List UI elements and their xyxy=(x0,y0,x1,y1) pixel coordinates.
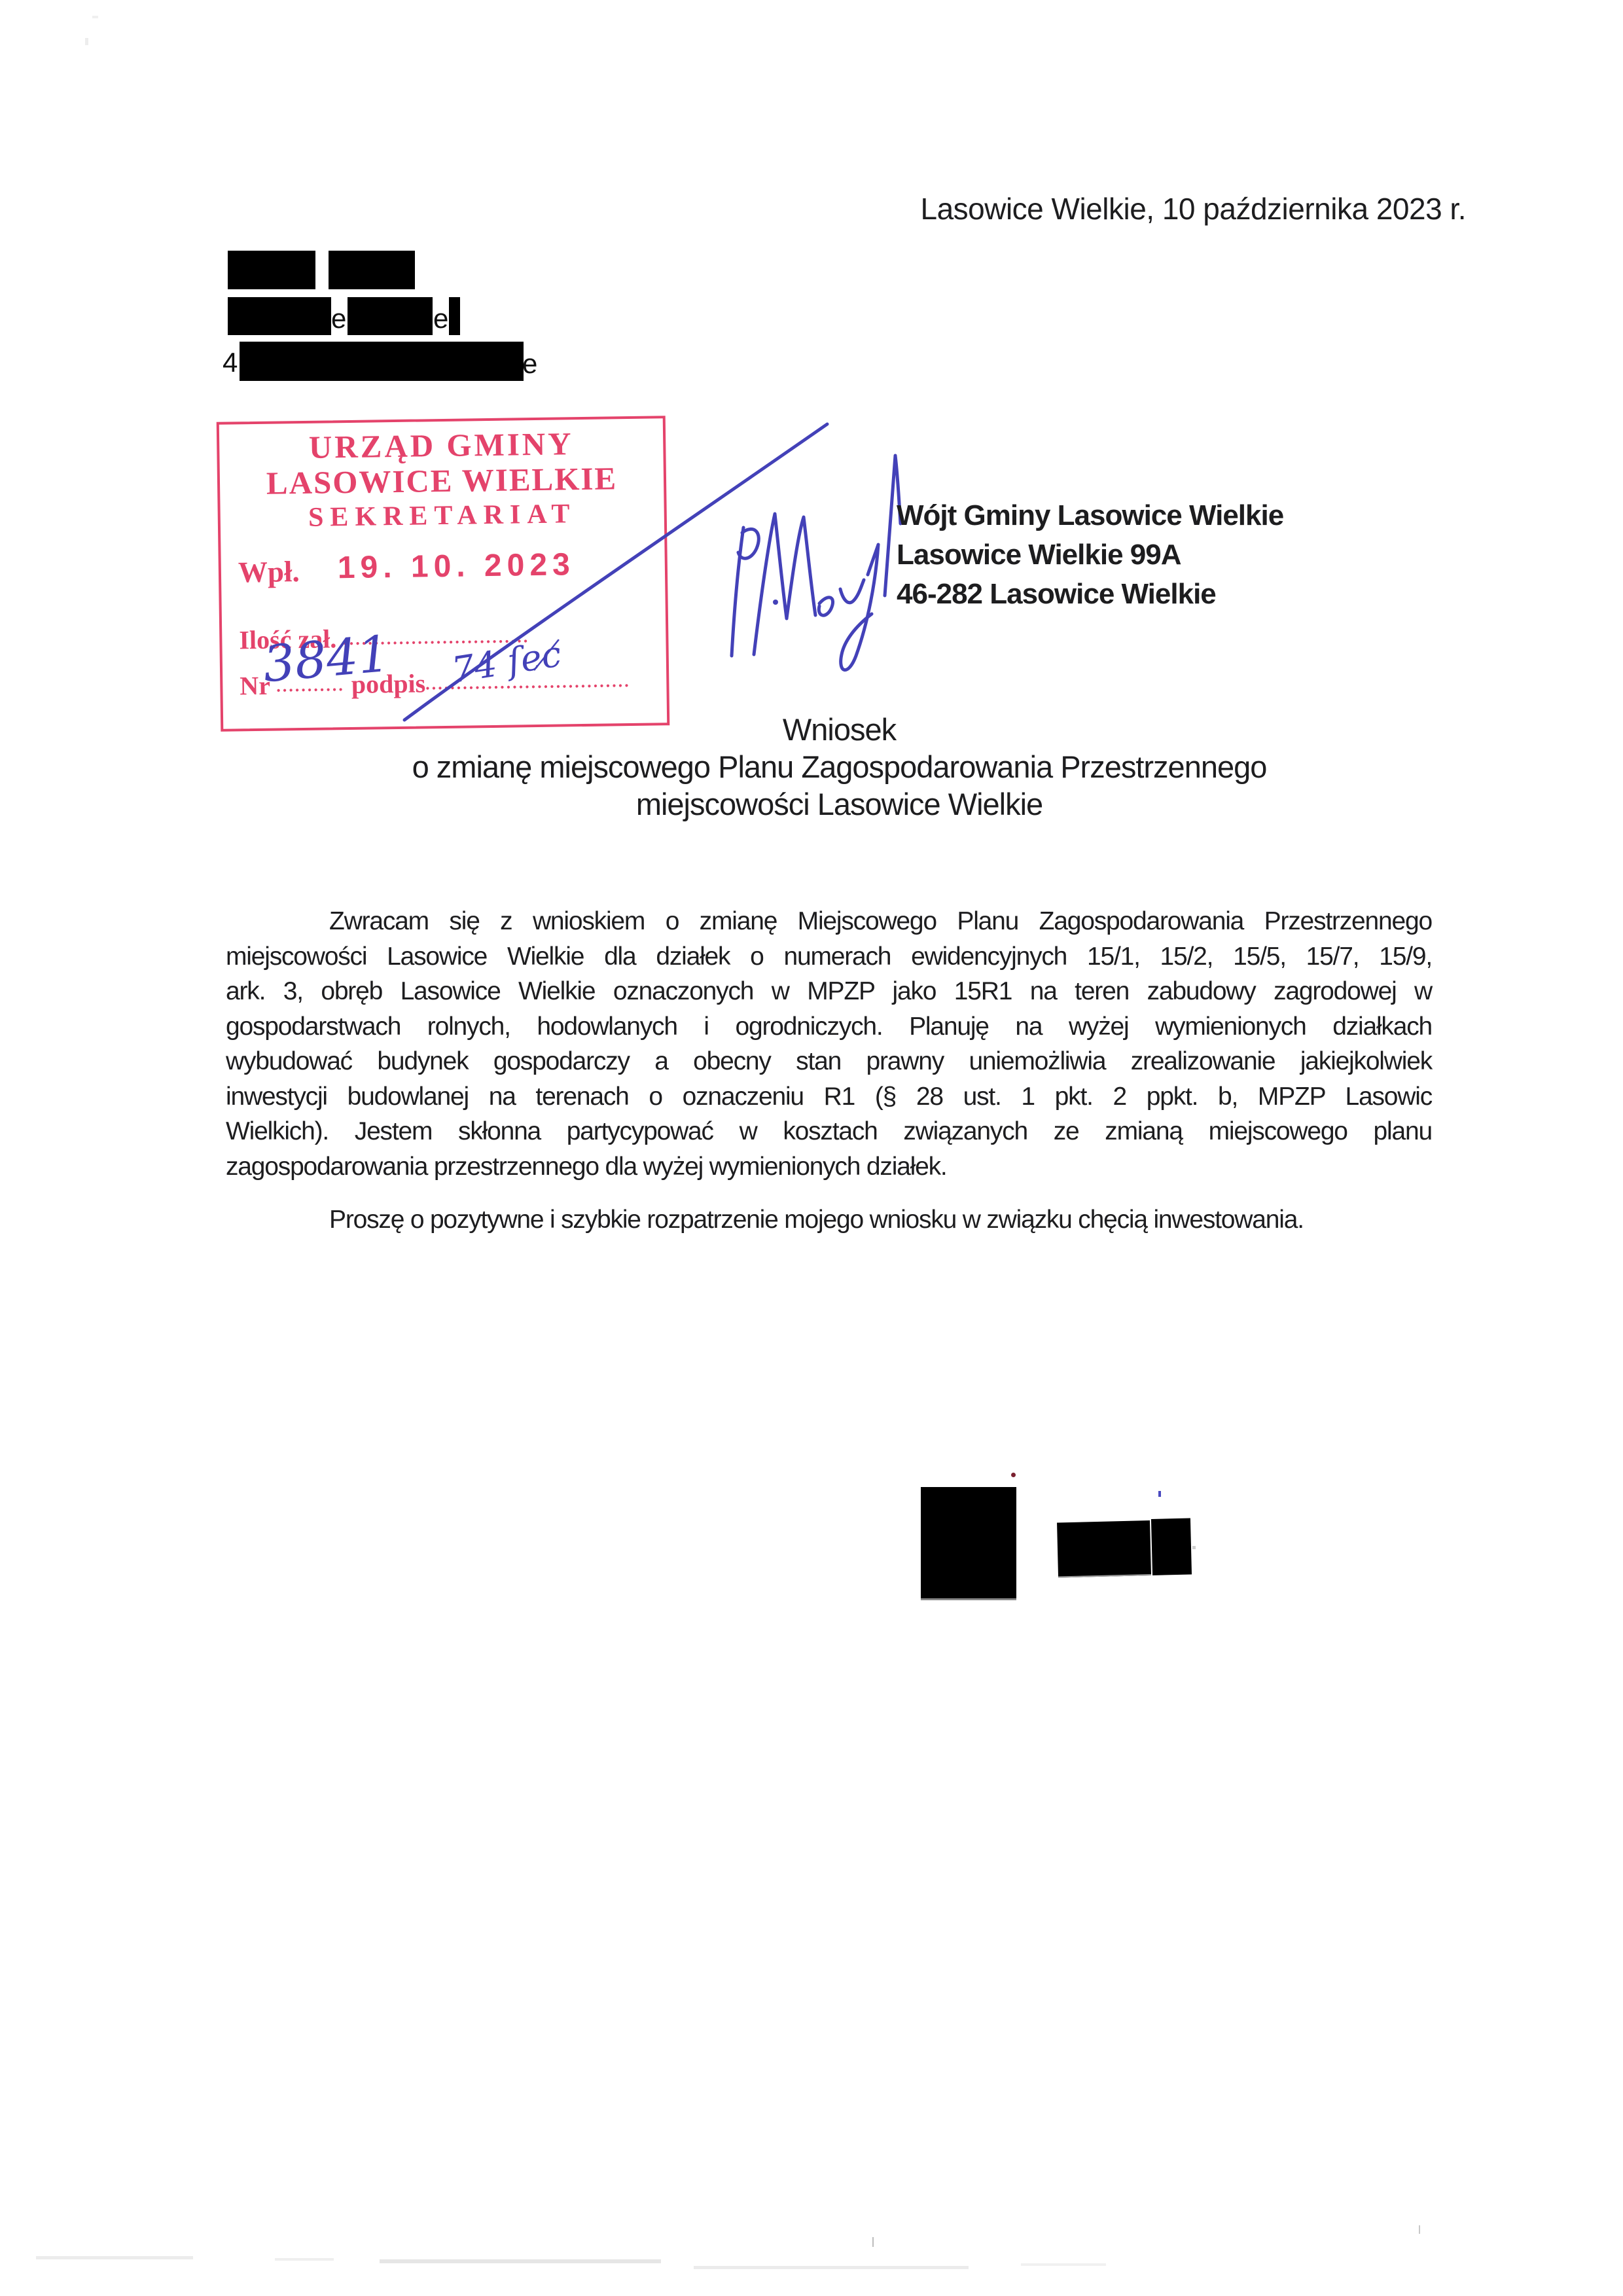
redaction-bar xyxy=(1151,1518,1192,1575)
scan-artifact xyxy=(872,2237,874,2247)
body-line: wybudować budynek gospodarczy a obecny s… xyxy=(226,1044,1432,1079)
letter-title: Wniosek o zmianę miejscowego Planu Zagos… xyxy=(226,711,1453,823)
scan-artifact xyxy=(380,2259,661,2263)
body-paragraph: Zwracam się z wnioskiem o zmianę Miejsco… xyxy=(226,904,1432,1184)
body-line: ark. 3, obręb Lasowice Wielkie oznaczony… xyxy=(226,974,1432,1009)
redacted-visible-letter: e xyxy=(331,303,346,334)
scan-artifact xyxy=(36,2256,193,2259)
scan-artifact xyxy=(694,2266,969,2269)
scan-artifact xyxy=(85,38,88,45)
body-line: inwestycji budowlanej na terenach o ozna… xyxy=(226,1079,1432,1115)
body-line: gospodarstwach rolnych, hodowlanych i og… xyxy=(226,1009,1432,1045)
redaction-block-signature xyxy=(921,1487,1016,1600)
redaction-bar xyxy=(228,251,315,289)
addressee-line: Lasowice Wielkie 99A xyxy=(897,535,1283,575)
scan-artifact xyxy=(1192,1546,1196,1549)
redaction-bar xyxy=(329,251,415,289)
addressee-line: 46-282 Lasowice Wielkie xyxy=(897,575,1283,614)
scan-artifact xyxy=(92,16,98,18)
scan-artifact xyxy=(1158,1491,1161,1497)
title-line: Wniosek xyxy=(226,711,1453,748)
redaction-bar xyxy=(240,342,524,381)
body-line: zagospodarowania przestrzennego dla wyże… xyxy=(226,1149,1432,1185)
title-line: miejscowości Lasowice Wielkie xyxy=(226,785,1453,823)
closing-paragraph: Proszę o pozytywne i szybkie rozpatrzeni… xyxy=(226,1206,1469,1234)
scan-artifact xyxy=(1021,2263,1106,2266)
redaction-bar xyxy=(348,297,433,335)
redaction-block-name xyxy=(1057,1518,1192,1578)
body-line: Zwracam się z wnioskiem o zmianę Miejsco… xyxy=(226,904,1432,939)
scan-artifact xyxy=(1419,2225,1420,2234)
scanned-letter-page: Lasowice Wielkie, 10 października 2023 r… xyxy=(0,0,1623,2296)
body-line: Wielkich). Jestem skłonna partycypować w… xyxy=(226,1114,1432,1149)
redacted-visible-letter: e xyxy=(433,303,448,334)
stamp-received-label: Wpł. xyxy=(238,554,300,589)
redaction-bar xyxy=(228,297,331,335)
redacted-visible-letter: e xyxy=(522,348,537,380)
redacted-visible-letter: 4 xyxy=(223,347,238,378)
handwritten-signature-ink xyxy=(353,393,916,733)
title-line: o zmianę miejscowego Planu Zagospodarowa… xyxy=(226,748,1453,785)
body-line: miejscowości Lasowice Wielkie dla działe… xyxy=(226,939,1432,975)
scan-artifact xyxy=(1011,1473,1016,1477)
addressee-block: Wójt Gminy Lasowice Wielkie Lasowice Wie… xyxy=(897,496,1283,614)
date-line: Lasowice Wielkie, 10 października 2023 r… xyxy=(870,191,1466,226)
addressee-line: Wójt Gminy Lasowice Wielkie xyxy=(897,496,1283,535)
redaction-bar xyxy=(449,297,460,335)
redaction-bar xyxy=(1057,1520,1151,1577)
scan-artifact xyxy=(275,2258,334,2261)
